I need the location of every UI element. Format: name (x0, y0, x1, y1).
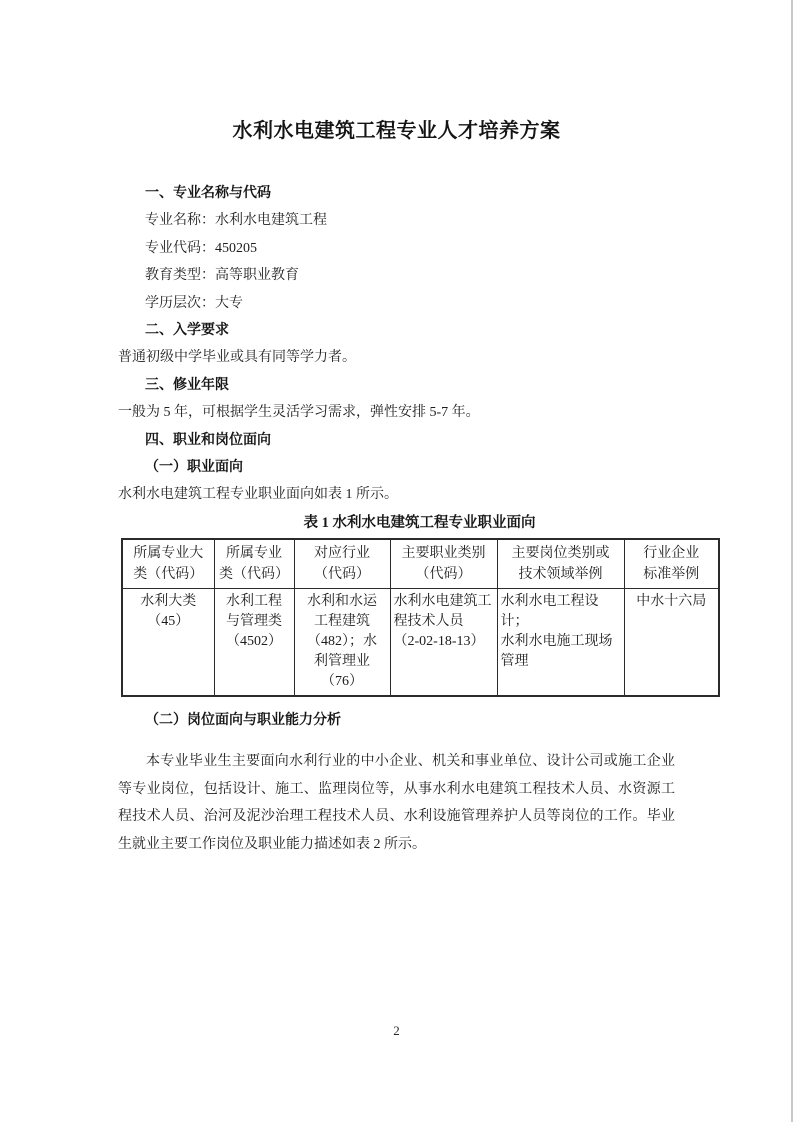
document-title: 水利水电建筑工程专业人才培养方案 (118, 118, 675, 144)
table-header-row: 所属专业大 类（代码） 所属专业 类（代码） 对应行业 （代码） 主要职业类别 … (122, 539, 719, 589)
section-1-heading: 一、专业名称与代码 (118, 180, 675, 207)
section-3-body: 一般为 5 年，可根据学生灵活学习需求，弹性安排 5-7 年。 (118, 399, 675, 426)
major-code-line: 专业代码：450205 (118, 235, 675, 262)
page-content: 水利水电建筑工程专业人才培养方案 一、专业名称与代码 专业名称：水利水电建筑工程… (118, 118, 675, 872)
document-page: 水利水电建筑工程专业人才培养方案 一、专业名称与代码 专业名称：水利水电建筑工程… (0, 0, 793, 1122)
education-type-line: 教育类型：高等职业教育 (118, 262, 675, 289)
table-header-occupation-category: 主要职业类别 （代码） (390, 539, 497, 589)
table-cell-major-class: 水利工程 与管理类 （4502） (214, 588, 294, 696)
table-header-major-class: 所属专业 类（代码） (214, 539, 294, 589)
table-header-major-category: 所属专业大 类（代码） (122, 539, 214, 589)
major-name-line: 专业名称：水利水电建筑工程 (118, 207, 675, 234)
table-header-post-examples: 主要岗位类别或 技术领域举例 (497, 539, 624, 589)
table-row: 水利大类 （45） 水利工程 与管理类 （4502） 水利和水运 工程建筑 （4… (122, 588, 719, 696)
table-cell-post-examples: 水利水电工程设计； 水利水电施工现场 管理 (497, 588, 624, 696)
table-1-intro: 水利水电建筑工程专业职业面向如表 1 所示。 (118, 481, 675, 508)
section-2-heading: 二、入学要求 (118, 317, 675, 344)
page-number: 2 (0, 1023, 793, 1039)
table-cell-industry: 水利和水运 工程建筑 （482）；水 利管理业 （76） (294, 588, 390, 696)
table-1-caption: 表 1 水利水电建筑工程专业职业面向 (121, 513, 718, 533)
table-cell-occupation-category: 水利水电建筑工 程技术人员 （2-02-18-13） (390, 588, 497, 696)
section-4-sub-1-heading: （一）职业面向 (118, 454, 675, 481)
career-orientation-table: 所属专业大 类（代码） 所属专业 类（代码） 对应行业 （代码） 主要职业类别 … (121, 538, 720, 697)
table-cell-enterprise-standard: 中水十六局 (624, 588, 719, 696)
section-4-heading: 四、职业和岗位面向 (118, 427, 675, 454)
table-header-industry: 对应行业 （代码） (294, 539, 390, 589)
table-header-enterprise-standard: 行业企业 标准举例 (624, 539, 719, 589)
table-cell-major-category: 水利大类 （45） (122, 588, 214, 696)
section-2-body: 普通初级中学毕业或具有同等学力者。 (118, 344, 675, 371)
section-3-heading: 三、修业年限 (118, 372, 675, 399)
section-4-sub-2-paragraph: 本专业毕业生主要面向水利行业的中小企业、机关和事业单位、设计公司或施工企业等专业… (118, 748, 675, 858)
section-4-sub-2-heading: （二）岗位面向与职业能力分析 (118, 707, 675, 734)
education-level-line: 学历层次：大专 (118, 290, 675, 317)
